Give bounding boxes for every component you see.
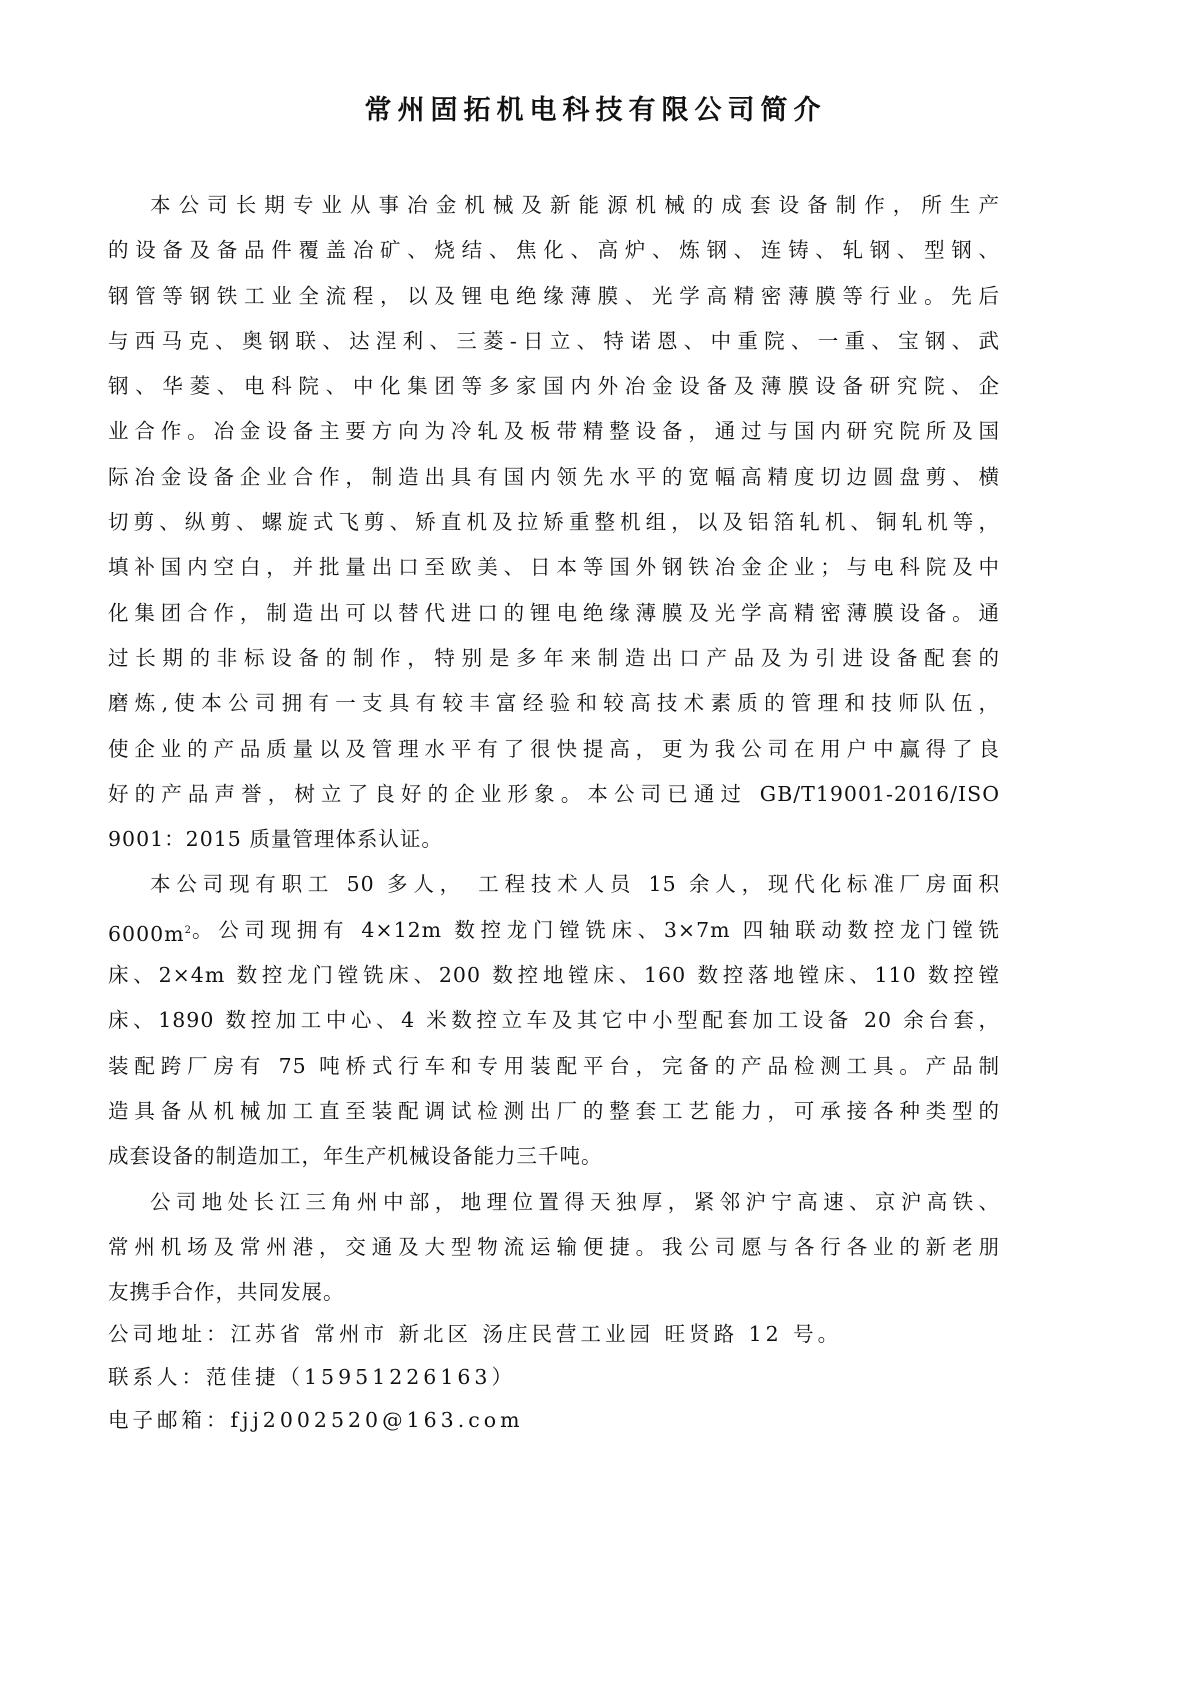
text-line: 床、2×4m 数控龙门镗铣床、200 数控地镗床、160 数控落地镗床、110 … [108, 953, 1000, 998]
text-line: 际冶金设备企业合作，制造出具有国内领先水平的宽幅高精度切边圆盘剪、横 [108, 455, 1000, 500]
address-line: 公司地址：江苏省 常州市 新北区 汤庄民营工业园 旺贤路 12 号。 [108, 1313, 842, 1356]
contact-person-label: 联系人： [108, 1365, 206, 1389]
text-line: 化集团合作，制造出可以替代进口的锂电绝缘薄膜及光学高精密薄膜设备。通 [108, 591, 1000, 636]
text-line-area: 6000m2 。公司现拥有 4×12m 数控龙门镗铣床、3×7m 四轴联动数控龙… [108, 908, 1000, 953]
contact-person-value: 范佳捷（15951226163） [206, 1365, 516, 1389]
area-value: 6000m [108, 922, 185, 946]
address-value: 江苏省 常州市 新北区 汤庄民营工业园 旺贤路 12 号。 [231, 1322, 843, 1346]
text-line: 床、1890 数控加工中心、4 米数控立车及其它中小型配套加工设备 20 余台套… [108, 998, 1000, 1043]
superscript: 2 [185, 925, 192, 936]
text-line: 常州机场及常州港，交通及大型物流运输便捷。我公司愿与各行各业的新老朋 [108, 1225, 1000, 1270]
text-line-rest: 。公司现拥有 4×12m 数控龙门镗铣床、3×7m 四轴联动数控龙门镗铣 [192, 908, 1000, 953]
text-line: 公司地处长江三角州中部，地理位置得天独厚，紧邻沪宁高速、京沪高铁、 [108, 1180, 1000, 1225]
paragraph-facilities: 本公司现有职工 50 多人， 工程技术人员 15 余人，现代化标准厂房面积 60… [108, 862, 1000, 1179]
text-line: 造具备从机械加工直至装配调试检测出厂的整套工艺能力，可承接各种类型的 [108, 1089, 1000, 1134]
text-line: 成套设备的制造加工，年生产机械设备能力三千吨。 [108, 1134, 1000, 1179]
text-line: 钢、华菱、电科院、中化集团等多家国内外冶金设备及薄膜设备研究院、企 [108, 364, 1000, 409]
text-line: 业合作。冶金设备主要方向为冷轧及板带精整设备，通过与国内研究院所及国 [108, 409, 1000, 454]
text-line: 过长期的非标设备的制作，特别是多年来制造出口产品及为引进设备配套的 [108, 636, 1000, 681]
document-title: 常州固拓机电科技有限公司简介 [0, 88, 1191, 127]
paragraph-business: 本公司长期专业从事冶金机械及新能源机械的成套设备制作，所生产 的设备及备品件覆盖… [108, 183, 1000, 862]
text-line: 好的产品声誉，树立了良好的企业形象。本公司已通过 GB/T19001-2016/… [108, 772, 1000, 817]
contact-info: 公司地址：江苏省 常州市 新北区 汤庄民营工业园 旺贤路 12 号。 联系人：范… [108, 1313, 842, 1442]
text-line: 磨炼,使本公司拥有一支具有较丰富经验和较高技术素质的管理和技师队伍， [108, 681, 1000, 726]
text-line: 9001：2015 质量管理体系认证。 [108, 817, 1000, 862]
text-line: 填补国内空白，并批量出口至欧美、日本等国外钢铁冶金企业；与电科院及中 [108, 545, 1000, 590]
email-line: 电子邮箱：fjj2002520@163.com [108, 1399, 842, 1442]
text-line: 本公司长期专业从事冶金机械及新能源机械的成套设备制作，所生产 [108, 183, 1000, 228]
text-line: 切剪、纵剪、螺旋式飞剪、矫直机及拉矫重整机组，以及铝箔轧机、铜轧机等， [108, 500, 1000, 545]
text-line: 友携手合作，共同发展。 [108, 1270, 1000, 1315]
text-line: 钢管等钢铁工业全流程，以及锂电绝缘薄膜、光学高精密薄膜等行业。先后 [108, 274, 1000, 319]
paragraph-location: 公司地处长江三角州中部，地理位置得天独厚，紧邻沪宁高速、京沪高铁、 常州机场及常… [108, 1180, 1000, 1316]
email-label: 电子邮箱： [108, 1408, 231, 1432]
contact-person-line: 联系人：范佳捷（15951226163） [108, 1356, 842, 1399]
text-line: 的设备及备品件覆盖冶矿、烧结、焦化、高炉、炼钢、连铸、轧钢、型钢、 [108, 228, 1000, 273]
email-value[interactable]: fjj2002520@163.com [231, 1408, 524, 1432]
text-line: 使企业的产品质量以及管理水平有了很快提高，更为我公司在用户中赢得了良 [108, 727, 1000, 772]
document-body: 本公司长期专业从事冶金机械及新能源机械的成套设备制作，所生产 的设备及备品件覆盖… [108, 183, 1000, 1315]
address-label: 公司地址： [108, 1322, 231, 1346]
text-line: 与西马克、奥钢联、达涅利、三菱-日立、特诺恩、中重院、一重、宝钢、武 [108, 319, 1000, 364]
text-line: 本公司现有职工 50 多人， 工程技术人员 15 余人，现代化标准厂房面积 [108, 862, 1000, 907]
text-line: 装配跨厂房有 75 吨桥式行车和专用装配平台，完备的产品检测工具。产品制 [108, 1044, 1000, 1089]
